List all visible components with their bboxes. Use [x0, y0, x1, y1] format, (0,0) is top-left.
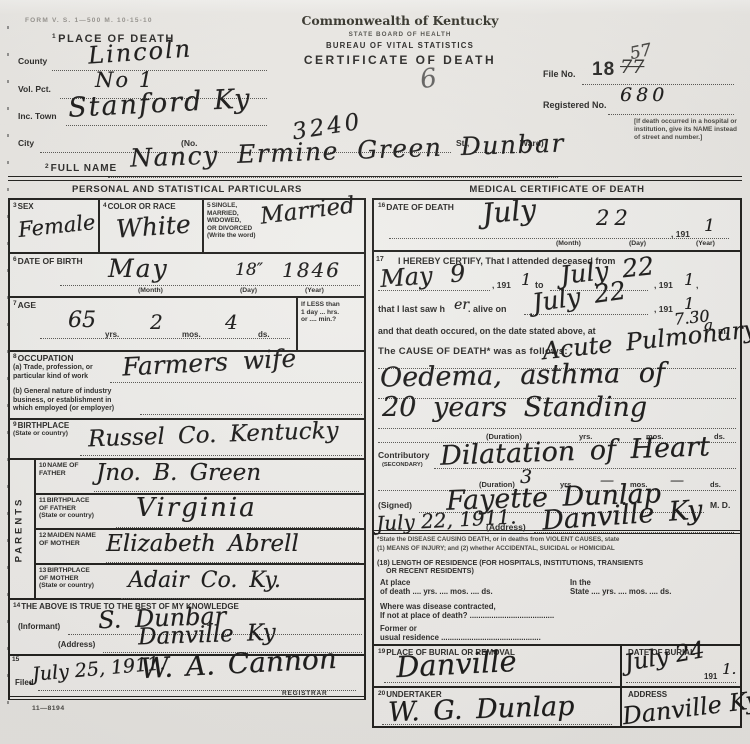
birth-sub-day: (Day): [240, 287, 257, 294]
personal-particulars-box: 3SEX Female 4COLOR OR RACE White 5SINGLE…: [8, 198, 366, 700]
undertaker-cell: 20UNDERTAKER W. G. Dunlap: [374, 688, 622, 726]
field-age-days-value: 4: [225, 312, 238, 332]
undertaker-address-cell: ADDRESS Danville Ky: [622, 688, 740, 726]
field-birthplace-number: 9: [13, 421, 17, 428]
full-name-value: Nancy Ermine Green Dunbar: [130, 130, 565, 170]
birth-sub-month: (Month): [138, 287, 163, 294]
where-contracted-label-2: If not at place of death? ..............…: [380, 611, 554, 620]
field-mother-number: 12: [39, 532, 46, 539]
cause-line-3: 20 years Standing: [382, 394, 647, 421]
birthplace-sub: (State or country): [13, 430, 68, 437]
field-birth-number: 6: [13, 256, 17, 263]
field-mother-bp-value: Adair Co. Ky.: [128, 570, 281, 592]
row-mother-name: 12MAIDEN NAME OF MOTHER Elizabeth Abrell: [36, 530, 364, 565]
section-1-number: 1: [52, 33, 57, 40]
certify-to-year-printed: , 191: [654, 280, 673, 290]
at-place-label-1: At place: [380, 578, 410, 587]
father-dotted: [94, 489, 359, 492]
row-date-of-birth: 6DATE OF BIRTH May 18″ 1846 (Month) (Day…: [10, 254, 364, 298]
death-year-handwritten: 1: [704, 218, 715, 235]
header-divider: [8, 176, 742, 181]
occupation-b2: business, or establishment in: [13, 397, 111, 404]
row-sex-race-marital: 3SEX Female 4COLOR OR RACE White 5SINGLE…: [10, 200, 364, 254]
city-label: City: [18, 138, 34, 148]
death-year-printed: , 191: [671, 229, 690, 239]
cause-line-1: Acute Pulmonary: [541, 317, 750, 363]
hospital-note: [If death occurred in a hospital or inst…: [634, 118, 740, 143]
md-label: M. D.: [710, 500, 730, 510]
age-mos-label: mos.: [182, 330, 201, 339]
field-mother-value: Elizabeth Abrell: [106, 533, 299, 556]
field-occupation-label: OCCUPATION: [18, 353, 74, 363]
at-place-label-2: of death .... yrs. .... mos. .... ds.: [380, 587, 493, 596]
filed-number: 15: [12, 656, 19, 663]
where-contracted-label-1: Where was disease contracted,: [380, 602, 496, 611]
full-name-heading: 2FULL NAME: [45, 163, 117, 174]
field-death-month: July: [481, 196, 537, 229]
in-state-label-1: In the: [570, 578, 591, 587]
violent-causes-footnote: *State the DISEASE CAUSING DEATH, or in …: [374, 534, 740, 556]
field-marital-value: Married: [259, 194, 356, 228]
last-saw-text-1: that I last saw h: [378, 304, 445, 314]
age-yrs-label: yrs.: [105, 330, 119, 339]
full-name-label: FULL NAME: [51, 163, 118, 174]
last-saw-text-2: . alive on: [468, 304, 507, 314]
field-occupation-number: 8: [13, 353, 17, 360]
in-state-label-2: State .... yrs. .... mos. .... ds.: [570, 587, 671, 596]
masthead-board: STATE BOARD OF HEALTH: [255, 31, 545, 38]
county-label: County: [18, 56, 47, 66]
section-certification: 17 I HEREBY CERTIFY, That I attended dec…: [374, 252, 740, 534]
physician-address-label: (Address): [486, 522, 526, 532]
field-death-date-label: DATE OF DEATH: [386, 202, 454, 212]
certify-from-value: May 9: [379, 261, 466, 291]
informant-address-label: (Address): [58, 640, 95, 649]
cause-dotted-3: [378, 426, 736, 429]
occupation-a2: particular kind of work: [13, 373, 88, 380]
last-saw-value: July 22: [531, 278, 628, 316]
field-occupation-value: Farmers wife: [121, 345, 296, 379]
field-father-value: Jno. B. Green: [96, 462, 261, 485]
occupation-b3: which employed (or employer): [13, 405, 114, 412]
secondary-label: (SECONDARY): [382, 462, 423, 468]
footnote-line-1: *State the DISEASE CAUSING DEATH, or in …: [377, 536, 619, 543]
field-birth-day: 18″: [235, 262, 263, 279]
residence-heading-2: OR RECENT RESIDENTS): [386, 566, 474, 575]
masthead-commonwealth: Commonwealth of Kentucky: [255, 13, 545, 28]
masthead-title: CERTIFICATE OF DEATH: [255, 53, 545, 67]
field-race-value: White: [115, 211, 191, 241]
date-of-burial-cell: DATE OF BURIAL July 24 191 1.: [622, 646, 740, 686]
cause-line-2: Oedema, asthma of: [380, 360, 665, 392]
file-no-handwritten: 57: [628, 42, 653, 63]
certify-from-year-hw: 1: [521, 272, 531, 288]
parents-block: PARENTS 10NAME OF FATHER Jno. B. Green 1…: [10, 460, 364, 600]
right-column-header: MEDICAL CERTIFICATE OF DEATH: [372, 184, 742, 195]
field-age-months-value: 2: [150, 312, 163, 332]
death-sub-month: (Month): [556, 240, 581, 247]
mother-dotted: [106, 560, 359, 563]
masthead: Commonwealth of Kentucky STATE BOARD OF …: [255, 13, 545, 67]
section-length-of-residence: (18) LENGTH OF RESIDENCE (FOR HOSPITALS,…: [374, 556, 740, 646]
parents-label: PARENTS: [13, 497, 24, 563]
row-filed: 15 Filed July 25, 1911. W. A. Cannon REG…: [10, 656, 364, 700]
former-residence-label-1: Former or: [380, 624, 417, 633]
section-2-number: 2: [45, 163, 50, 170]
field-father-bp-number: 11: [39, 497, 46, 504]
field-marital-number: 5: [207, 202, 211, 209]
undertaker-value: W. G. Dunlap: [388, 693, 575, 726]
inc-town-label: Inc. Town: [18, 111, 57, 121]
death-certificate-scan: FORM V. S. 1—500 M. 10-15-10 Commonwealt…: [0, 0, 750, 744]
former-residence-label-2: usual residence ........................…: [380, 633, 541, 642]
registrar-label: REGISTRAR: [282, 690, 327, 697]
death-sub-day: (Day): [629, 240, 646, 247]
county-dotted-line: [52, 68, 267, 71]
field-mother-bp-number: 13: [39, 567, 46, 574]
birth-sub-year: (Year): [305, 287, 324, 294]
place-of-burial-cell: 19PLACE OF BURIAL OR REMOVAL Danville: [374, 646, 622, 686]
occupation-a1: (a) Trade, profession, or: [13, 364, 93, 371]
row-age: 7AGE 65 yrs. 2 mos. 4 ds. If LESS than 1…: [10, 298, 364, 352]
row-father-birthplace: 11BIRTHPLACE OF FATHER (State or country…: [36, 495, 364, 530]
parents-vertical-cell: PARENTS: [10, 460, 36, 598]
age-if-less-cell: If LESS than 1 day ... hrs. or .... min.…: [298, 298, 364, 350]
field-sex-value: Female: [17, 212, 96, 241]
last-saw-year-printed: , 191: [654, 304, 673, 314]
father-bp-dotted: [116, 525, 359, 528]
field-informant-number: 14: [13, 602, 20, 609]
field-marital-labels: 5SINGLE, MARRIED, WIDOWED, OR DIVORCED (…: [207, 202, 256, 240]
row-burial: 19PLACE OF BURIAL OR REMOVAL Danville DA…: [374, 646, 740, 688]
form-number-top: FORM V. S. 1—500 M. 10-15-10: [25, 17, 153, 24]
age-ds-label: ds.: [258, 330, 270, 339]
mother-bp-dotted: [121, 596, 359, 599]
field-death-date-number: 16: [378, 202, 385, 209]
field-sex: 3SEX Female: [10, 200, 100, 252]
age-dotted-line: [40, 336, 290, 339]
last-saw-her-hw: er: [454, 298, 469, 312]
row-date-of-death: 16DATE OF DEATH July 22 , 191 1 (Month) …: [374, 200, 740, 252]
certify-to-comma: ,: [696, 280, 698, 290]
cause-of-death-label: The CAUSE OF DEATH* was as follows:: [378, 346, 568, 357]
registered-no-dotted-line: [608, 112, 734, 115]
contributory-dotted: [434, 466, 736, 469]
county-value: Lincoln: [87, 36, 193, 67]
burial-date-dotted: [626, 680, 736, 683]
duration-dash-2: —: [670, 474, 684, 488]
field-birthplace-value: Russel Co. Kentucky: [88, 420, 339, 452]
left-column-header: PERSONAL AND STATISTICAL PARTICULARS: [8, 184, 366, 195]
filed-label: Filed: [15, 678, 34, 687]
row-mother-birthplace: 13BIRTHPLACE OF MOTHER (State or country…: [36, 565, 364, 600]
occupation-b-dotted: [140, 412, 362, 415]
registered-no-label: Registered No.: [543, 100, 607, 110]
row-occupation: 8OCCUPATION (a) Trade, profession, or pa…: [10, 352, 364, 420]
field-birth-label: DATE OF BIRTH: [18, 256, 83, 266]
field-race: 4COLOR OR RACE White: [100, 200, 204, 252]
place-of-burial-value: Danville: [395, 647, 517, 682]
file-no-printed: 18: [592, 59, 615, 81]
burial-year-hw: 1.: [722, 662, 736, 677]
masthead-bureau: BUREAU OF VITAL STATISTICS: [255, 41, 545, 50]
death-sub-year: (Year): [696, 240, 715, 247]
undertaker-number: 20: [378, 690, 385, 697]
file-no-label: File No.: [543, 69, 576, 79]
row-undertaker: 20UNDERTAKER W. G. Dunlap ADDRESS Danvil…: [374, 688, 740, 728]
birth-dotted-line: [60, 283, 360, 286]
form-number-bottom: 11—8194: [32, 705, 65, 712]
contributory-label: Contributory: [378, 450, 429, 460]
footnote-line-2: (1) MEANS OF INJURY; and (2) whether ACC…: [377, 545, 615, 552]
occupation-a-dotted: [110, 380, 362, 383]
row-birthplace: 9BIRTHPLACE (State or country) Russel Co…: [10, 420, 364, 460]
field-age-years-value: 65: [68, 310, 96, 332]
medical-certificate-box: 16DATE OF DEATH July 22 , 191 1 (Month) …: [372, 198, 742, 728]
field-age-label: AGE: [18, 300, 36, 310]
burial-number: 19: [378, 648, 385, 655]
registrar-signature: W. A. Cannon: [139, 645, 337, 683]
certify-to-year-hw: 1: [684, 272, 694, 288]
field-race-label: COLOR OR RACE: [108, 202, 176, 211]
inc-town-value: Stanford Ky: [67, 85, 252, 122]
contributory-value: Dilatation of Heart: [440, 433, 711, 469]
field-father-number: 10: [39, 462, 46, 469]
field-sex-number: 3: [13, 202, 17, 209]
field-birthplace-label: BIRTHPLACE: [18, 421, 70, 430]
field-father-bp-value: Virginia: [136, 495, 257, 521]
field-race-number: 4: [103, 202, 107, 209]
field-birth-year: 1846: [282, 260, 341, 280]
inc-town-dotted-line: [66, 123, 267, 126]
registered-no-value: 680: [620, 86, 668, 105]
field-death-day: 22: [596, 208, 633, 229]
field-birth-month: May: [108, 256, 169, 281]
row-father-name: 10NAME OF FATHER Jno. B. Green: [36, 460, 364, 495]
field-marital: 5SINGLE, MARRIED, WIDOWED, OR DIVORCED (…: [204, 200, 364, 252]
field-age-number: 7: [13, 300, 17, 307]
field-sex-label: SEX: [18, 202, 34, 211]
certify-from-year-printed: , 191: [492, 280, 511, 290]
birthplace-dotted: [80, 453, 362, 456]
occupation-b1: (b) General nature of industry: [13, 388, 111, 395]
vol-pct-label: Vol. Pct.: [18, 84, 51, 94]
informant-label: (Informant): [18, 622, 60, 631]
signed-label: (Signed): [378, 500, 412, 510]
certify-number: 17: [376, 256, 384, 263]
pencil-mark: 6: [418, 65, 438, 93]
